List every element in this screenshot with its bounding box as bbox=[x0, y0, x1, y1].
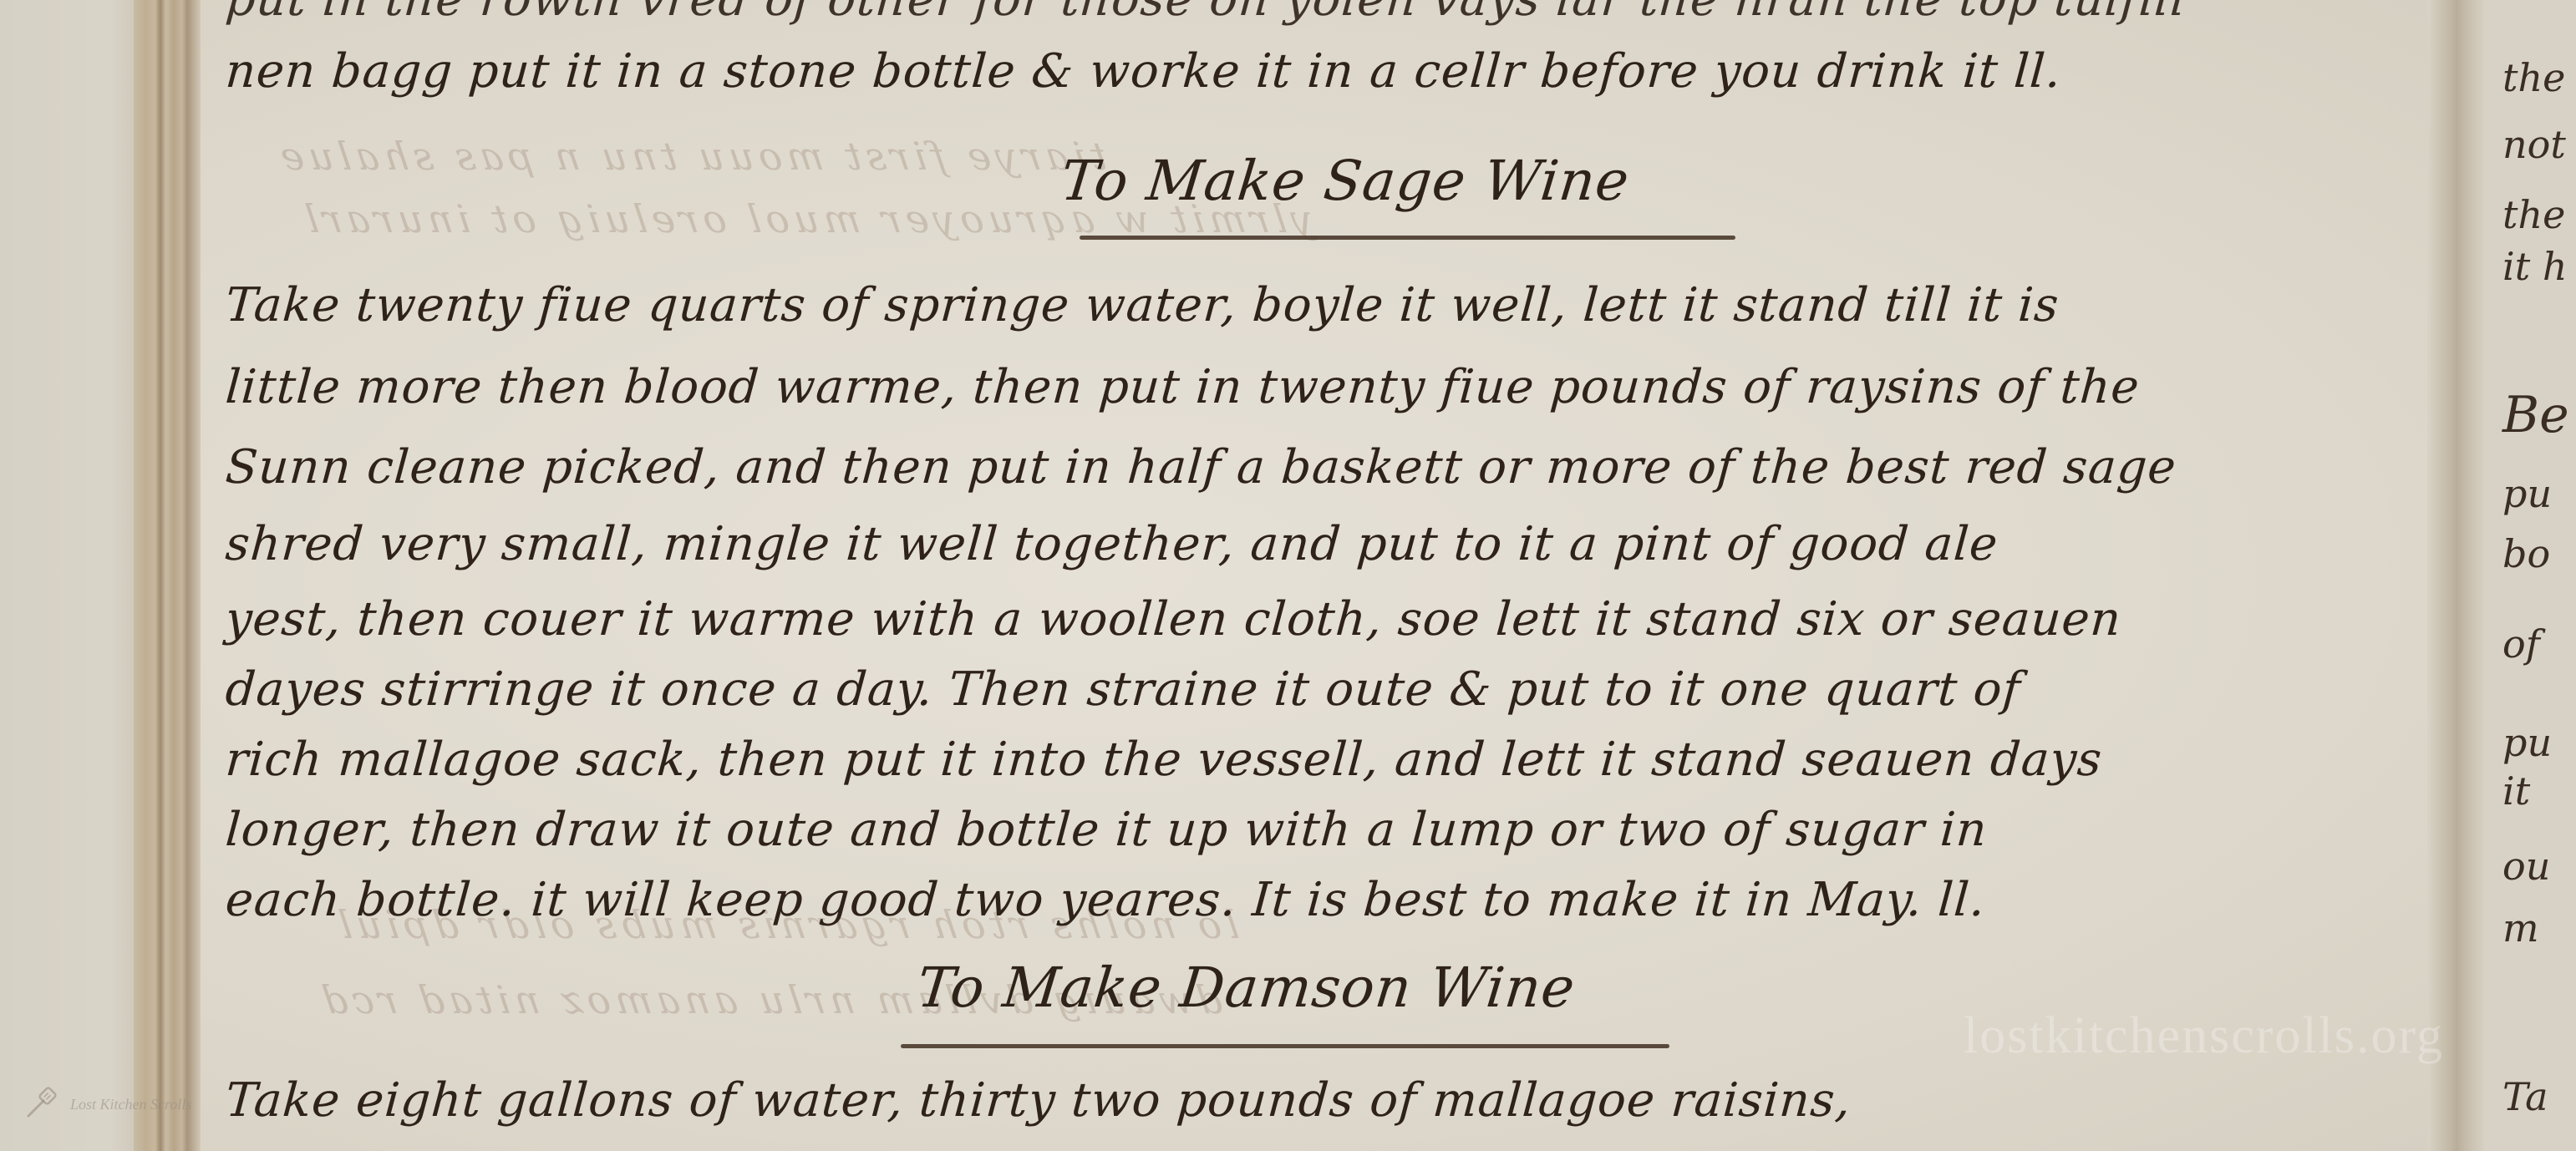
facing-page-word: pu bbox=[2502, 471, 2552, 516]
small-watermark: Lost Kitchen Scrolls bbox=[25, 1086, 191, 1123]
title-underline bbox=[901, 1044, 1669, 1048]
facing-page-word: it bbox=[2502, 768, 2530, 814]
watermark-text: lostkitchenscrolls.org bbox=[1964, 1006, 2444, 1066]
recipe-line: Take eight gallons of water, thirty two … bbox=[224, 1077, 1852, 1124]
title-underline bbox=[1080, 236, 1735, 240]
page-gutter bbox=[2427, 0, 2486, 1151]
facing-page-word: Ta bbox=[2502, 1074, 2548, 1119]
recipe-line: dayes stirringe it once a day. Then stra… bbox=[224, 667, 2022, 713]
manuscript-scan: tiarye first mouu tnu n pas shalue ylrmi… bbox=[0, 0, 2576, 1151]
facing-page-word: it h bbox=[2502, 244, 2567, 289]
book-binding bbox=[134, 0, 201, 1151]
facing-page-word: not bbox=[2502, 122, 2566, 167]
recipe-line: shred very small, mingle it well togethe… bbox=[224, 521, 1999, 568]
recipe-line: Take twenty fiue quarts of springe water… bbox=[224, 282, 2060, 329]
facing-page-word: Be bbox=[2502, 386, 2569, 444]
facing-page-word: pu bbox=[2502, 720, 2552, 765]
recipe-title-sage-wine: To Make Sage Wine bbox=[1058, 152, 1632, 210]
recipe-line: Sunn cleane picked, and then put in half… bbox=[224, 444, 2178, 491]
facing-page-word: ou bbox=[2502, 844, 2550, 889]
small-watermark-label: Lost Kitchen Scrolls bbox=[70, 1096, 191, 1113]
recipe-line: longer, then draw it oute and bottle it … bbox=[224, 807, 1989, 854]
recipe-line: yest, then couer it warme with a woollen… bbox=[224, 596, 2123, 643]
recipe-line: little more then blood warme, then put i… bbox=[224, 364, 2142, 411]
recipe-title-damson-wine: To Make Damson Wine bbox=[914, 959, 1578, 1017]
spatula-icon bbox=[25, 1086, 58, 1123]
partial-top-line: put in the rowth vred of other for those… bbox=[224, 0, 2187, 23]
facing-page-word: m bbox=[2502, 905, 2539, 951]
recipe-line: rich mallagoe sack, then put it into the… bbox=[224, 737, 2104, 783]
left-flyleaf bbox=[0, 0, 138, 1151]
facing-page-word: the bbox=[2502, 192, 2565, 237]
recipe-line: each bottle. it will keep good two yeare… bbox=[224, 877, 1987, 924]
facing-page-word: the bbox=[2502, 55, 2565, 100]
preceding-recipe-last-line: nen bagg put it in a stone bottle & work… bbox=[224, 48, 2063, 95]
facing-page-word: bo bbox=[2502, 531, 2550, 576]
facing-page-word: of bbox=[2502, 621, 2540, 667]
